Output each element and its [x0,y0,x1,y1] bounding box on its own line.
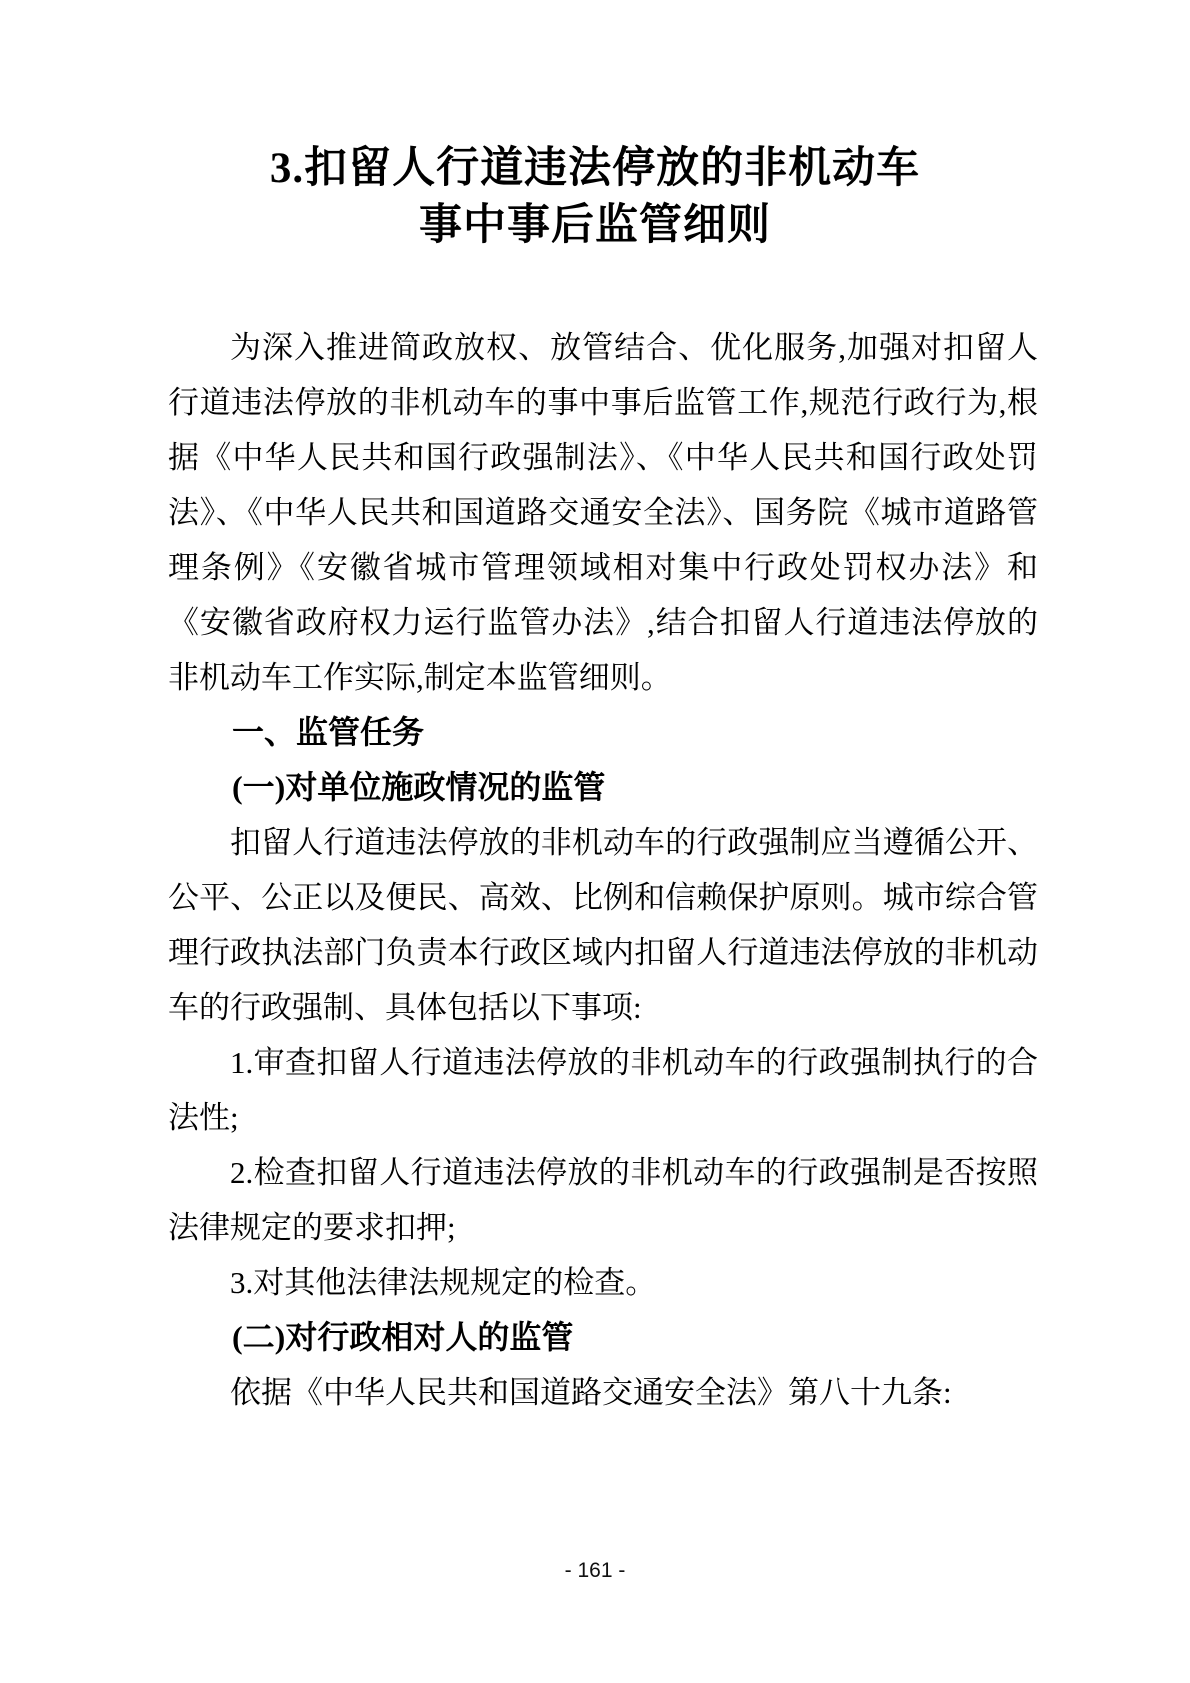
heading-section-1: 一、监管任务 [168,705,1038,760]
paragraph-item-1: 1.审查扣留人行道违法停放的非机动车的行政强制执行的合法性; [168,1035,1038,1145]
heading-subsection-2: (二)对行政相对人的监管 [168,1310,1038,1365]
document-title: 3.扣留人行道违法停放的非机动车 事中事后监管细则 [0,0,1190,254]
paragraph-legal-basis: 依据《中华人民共和国道路交通安全法》第八十九条: [168,1365,1038,1420]
document-body: 为深入推进简政放权、放管结合、优化服务,加强对扣留人行道违法停放的非机动车的事中… [168,320,1038,1420]
heading-subsection-1: (一)对单位施政情况的监管 [168,760,1038,815]
paragraph-item-3: 3.对其他法律法规规定的检查。 [168,1255,1038,1310]
page-number: - 161 - [0,1556,1190,1586]
title-line-2: 事中事后监管细则 [0,197,1190,254]
document-page: 3.扣留人行道违法停放的非机动车 事中事后监管细则 为深入推进简政放权、放管结合… [0,0,1190,1683]
title-line-1: 3.扣留人行道违法停放的非机动车 [0,140,1190,197]
paragraph-intro: 为深入推进简政放权、放管结合、优化服务,加强对扣留人行道违法停放的非机动车的事中… [168,320,1038,705]
paragraph-item-2: 2.检查扣留人行道违法停放的非机动车的行政强制是否按照法律规定的要求扣押; [168,1145,1038,1255]
paragraph-principles: 扣留人行道违法停放的非机动车的行政强制应当遵循公开、公平、公正以及便民、高效、比… [168,815,1038,1035]
